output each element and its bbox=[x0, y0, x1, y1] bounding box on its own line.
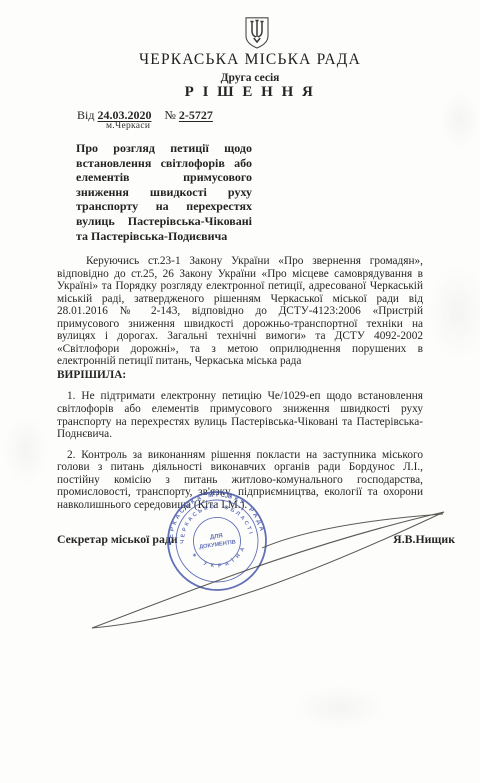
scanned-decision-document: ЧЕРКАСЬКА МІСЬКА РАДА Друга сесія Р І Ш … bbox=[0, 0, 480, 783]
handwritten-signature bbox=[0, 0, 480, 783]
